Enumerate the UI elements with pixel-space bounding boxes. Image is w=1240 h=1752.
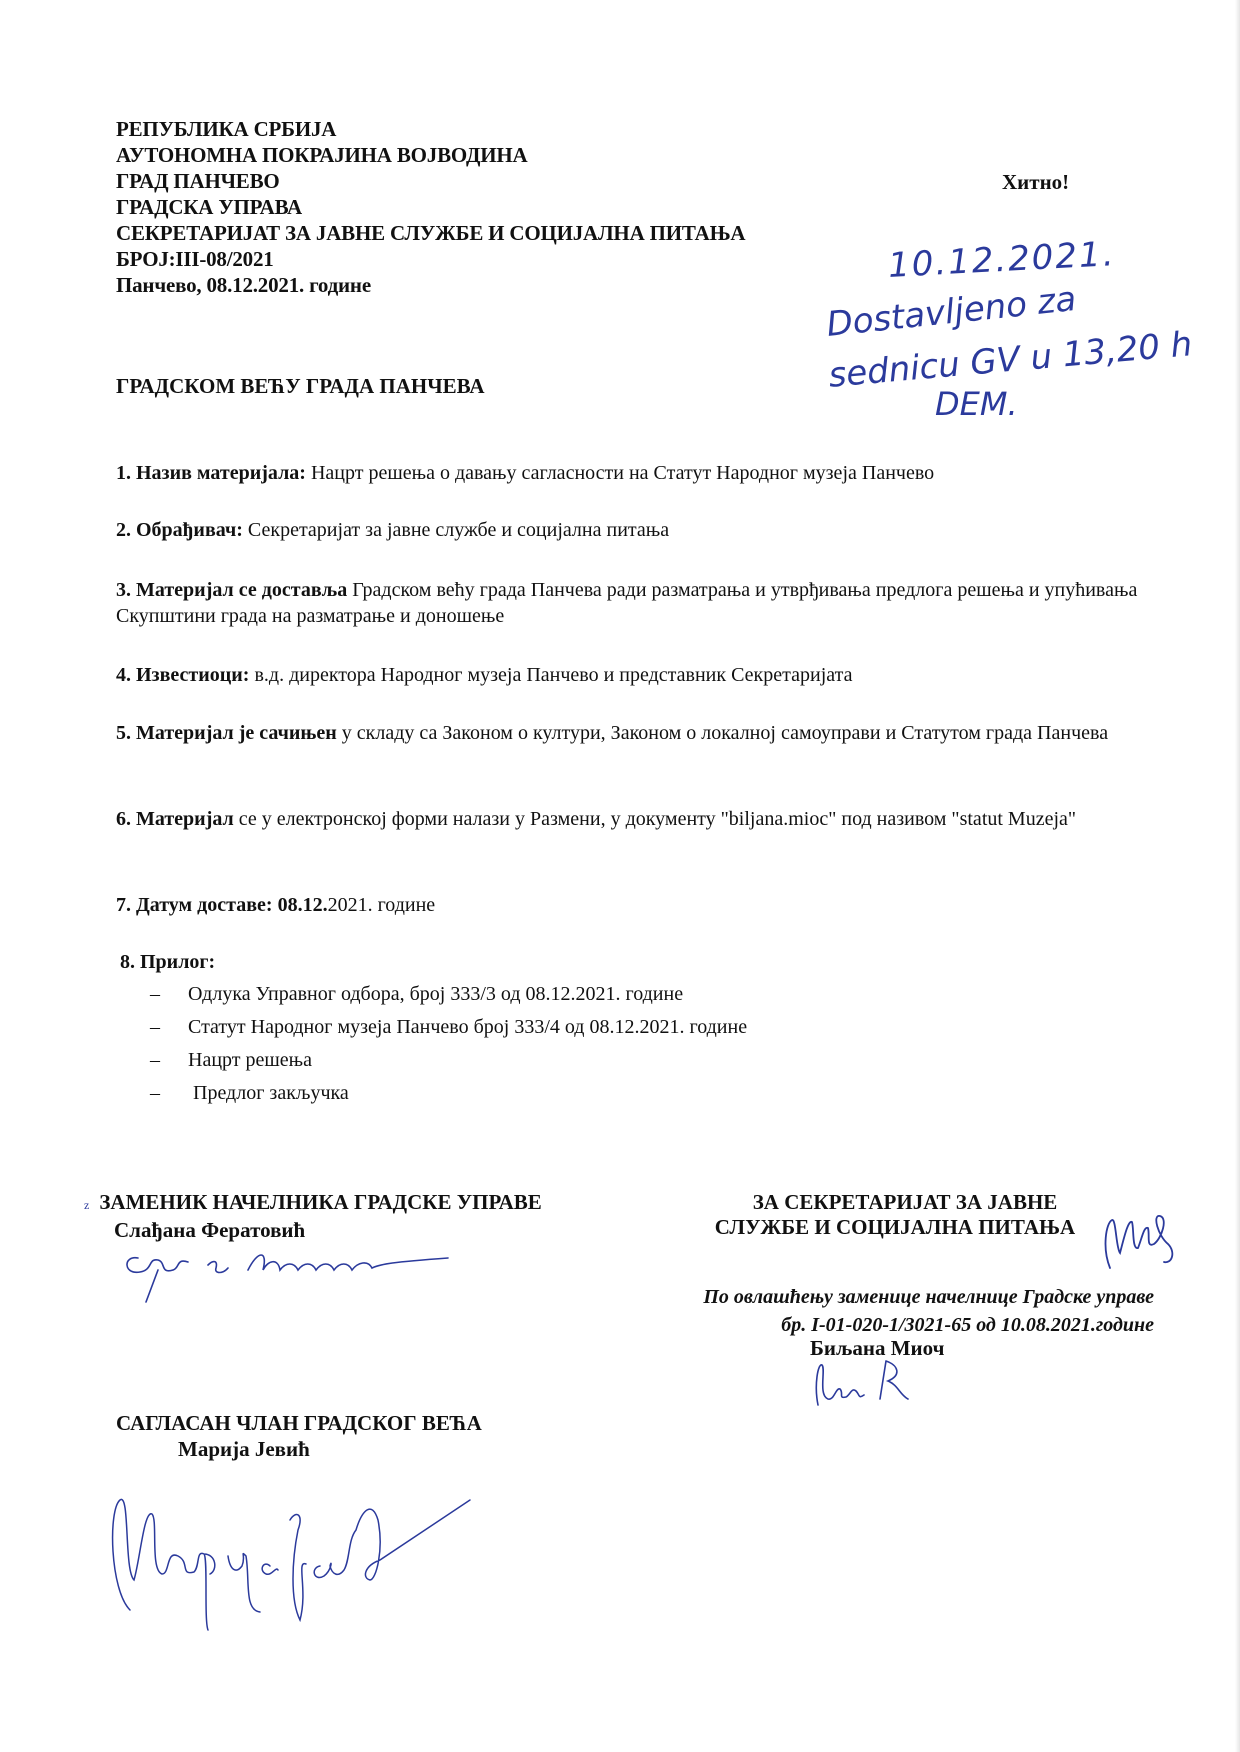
signatory-title-line2: СЛУЖБЕ И СОЦИЈАЛНА ПИТАЊА bbox=[680, 1215, 1110, 1240]
header-line-republic: РЕПУБЛИКА СРБИЈА bbox=[116, 116, 745, 142]
addressee: ГРАДСКОМ ВЕЋУ ГРАДА ПАНЧЕВА bbox=[116, 374, 485, 399]
authorization-text: По овлашћењу заменице начелнице Градске … bbox=[614, 1283, 1154, 1339]
item-label: 4. Известиоци: bbox=[116, 664, 249, 686]
attachment-item: –Одлука Управног одбора, број 333/3 од 0… bbox=[150, 978, 747, 1011]
item-compliance: 5. Материјал је сачињен у складу са Зако… bbox=[116, 720, 1146, 746]
item-label: 5. Материјал је сачињен bbox=[116, 722, 337, 744]
item-text: Нацрт решења о давању сагласности на Ста… bbox=[306, 462, 934, 484]
document-page: РЕПУБЛИКА СРБИЈА АУТОНОМНА ПОКРАЈИНА ВОЈ… bbox=[0, 0, 1240, 1752]
signatory-title: ЗАМЕНИК НАЧЕЛНИКА ГРАДСКЕ УПРАВЕ bbox=[99, 1190, 541, 1214]
authorization-line2: бр. I-01-020-1/3021-65 од 10.08.2021.год… bbox=[614, 1311, 1154, 1339]
signature-feratovic-icon bbox=[118, 1240, 478, 1310]
dash-bullet: – bbox=[150, 978, 188, 1011]
header-line-number: БРОЈ:III-08/2021 bbox=[116, 246, 745, 272]
initials-signature-icon bbox=[1098, 1208, 1188, 1278]
item-rapporteurs: 4. Известиоци: в.д. директора Народног м… bbox=[116, 662, 1146, 688]
urgent-label: Хитно! bbox=[1002, 170, 1069, 195]
signature-block-deputy-head: zЗАМЕНИК НАЧЕЛНИКА ГРАДСКЕ УПРАВЕ Слађан… bbox=[84, 1190, 542, 1243]
item-text: се у електронској форми налази у Размени… bbox=[234, 808, 1076, 830]
item-label: 7. Датум доставе: 08.12. bbox=[116, 894, 328, 916]
scan-edge bbox=[1235, 0, 1240, 1752]
header-line-province: АУТОНОМНА ПОКРАЈИНА ВОЈВОДИНА bbox=[116, 142, 745, 168]
item-text: Секретаријат за јавне службе и социјална… bbox=[243, 519, 669, 541]
dash-bullet: – bbox=[150, 1044, 188, 1077]
authorization-line1: По овлашћењу заменице начелнице Градске … bbox=[614, 1283, 1154, 1311]
signature-block-secretariat: ЗА СЕКРЕТАРИЈАТ ЗА ЈАВНЕ СЛУЖБЕ И СОЦИЈА… bbox=[680, 1190, 1110, 1240]
item-text: в.д. директора Народног музеја Панчево и… bbox=[249, 664, 852, 686]
dash-bullet: – bbox=[150, 1011, 188, 1044]
attachments-title: 8. Прилог: bbox=[120, 951, 215, 974]
attachment-text: Одлука Управног одбора, број 333/3 од 08… bbox=[188, 978, 683, 1011]
header-line-administration: ГРАДСКА УПРАВА bbox=[116, 194, 745, 220]
item-text: у складу са Законом о култури, Законом о… bbox=[337, 722, 1108, 744]
item-processor: 2. Обрађивач: Секретаријат за јавне служ… bbox=[116, 517, 1146, 543]
header-line-city: ГРАД ПАНЧЕВО bbox=[116, 168, 745, 194]
signatory-title: САГЛАСАН ЧЛАН ГРАДСКОГ ВЕЋА bbox=[116, 1410, 482, 1436]
handwritten-mark: z bbox=[84, 1198, 89, 1212]
signature-mioc-icon bbox=[808, 1355, 948, 1415]
signatory-name: Марија Јевић bbox=[116, 1436, 482, 1462]
item-delivery: 3. Материјал се доставља Градском већу г… bbox=[116, 577, 1146, 629]
signature-block-council-member: САГЛАСАН ЧЛАН ГРАДСКОГ ВЕЋА Марија Јевић bbox=[116, 1410, 482, 1462]
signature-jevic-icon bbox=[100, 1470, 500, 1650]
handwritten-initials: DEM. bbox=[935, 385, 1018, 423]
signatory-title-line1: ЗА СЕКРЕТАРИЈАТ ЗА ЈАВНЕ bbox=[680, 1190, 1110, 1215]
header-line-secretariat: СЕКРЕТАРИЈАТ ЗА ЈАВНЕ СЛУЖБЕ И СОЦИЈАЛНА… bbox=[116, 220, 745, 246]
header-line-place-date: Панчево, 08.12.2021. године bbox=[116, 272, 745, 298]
attachment-item: – Предлог закључка bbox=[150, 1077, 747, 1110]
attachment-text: Нацрт решења bbox=[188, 1044, 312, 1077]
attachments-list: –Одлука Управног одбора, број 333/3 од 0… bbox=[150, 978, 747, 1110]
attachment-item: –Статут Народног музеја Панчево број 333… bbox=[150, 1011, 747, 1044]
item-electronic-form: 6. Материјал се у електронској форми нал… bbox=[116, 806, 1146, 832]
handwritten-date: 10.12.2021. bbox=[887, 234, 1116, 286]
item-text: 2021. године bbox=[328, 894, 436, 916]
attachment-text: Статут Народног музеја Панчево број 333/… bbox=[188, 1011, 747, 1044]
item-label: 1. Назив материјала: bbox=[116, 462, 306, 484]
document-header: РЕПУБЛИКА СРБИЈА АУТОНОМНА ПОКРАЈИНА ВОЈ… bbox=[116, 116, 745, 298]
item-label: 6. Материјал bbox=[116, 808, 234, 830]
dash-bullet: – bbox=[150, 1077, 188, 1110]
item-delivery-date: 7. Датум доставе: 08.12.2021. године bbox=[116, 892, 1146, 918]
attachment-text: Предлог закључка bbox=[188, 1077, 349, 1110]
attachment-item: –Нацрт решења bbox=[150, 1044, 747, 1077]
item-label: 2. Обрађивач: bbox=[116, 519, 243, 541]
handwritten-note-line1: Dostavljeno za bbox=[825, 279, 1078, 345]
item-material-name: 1. Назив материјала: Нацрт решења о дава… bbox=[116, 460, 1146, 486]
item-label: 3. Материјал се доставља bbox=[116, 579, 347, 601]
